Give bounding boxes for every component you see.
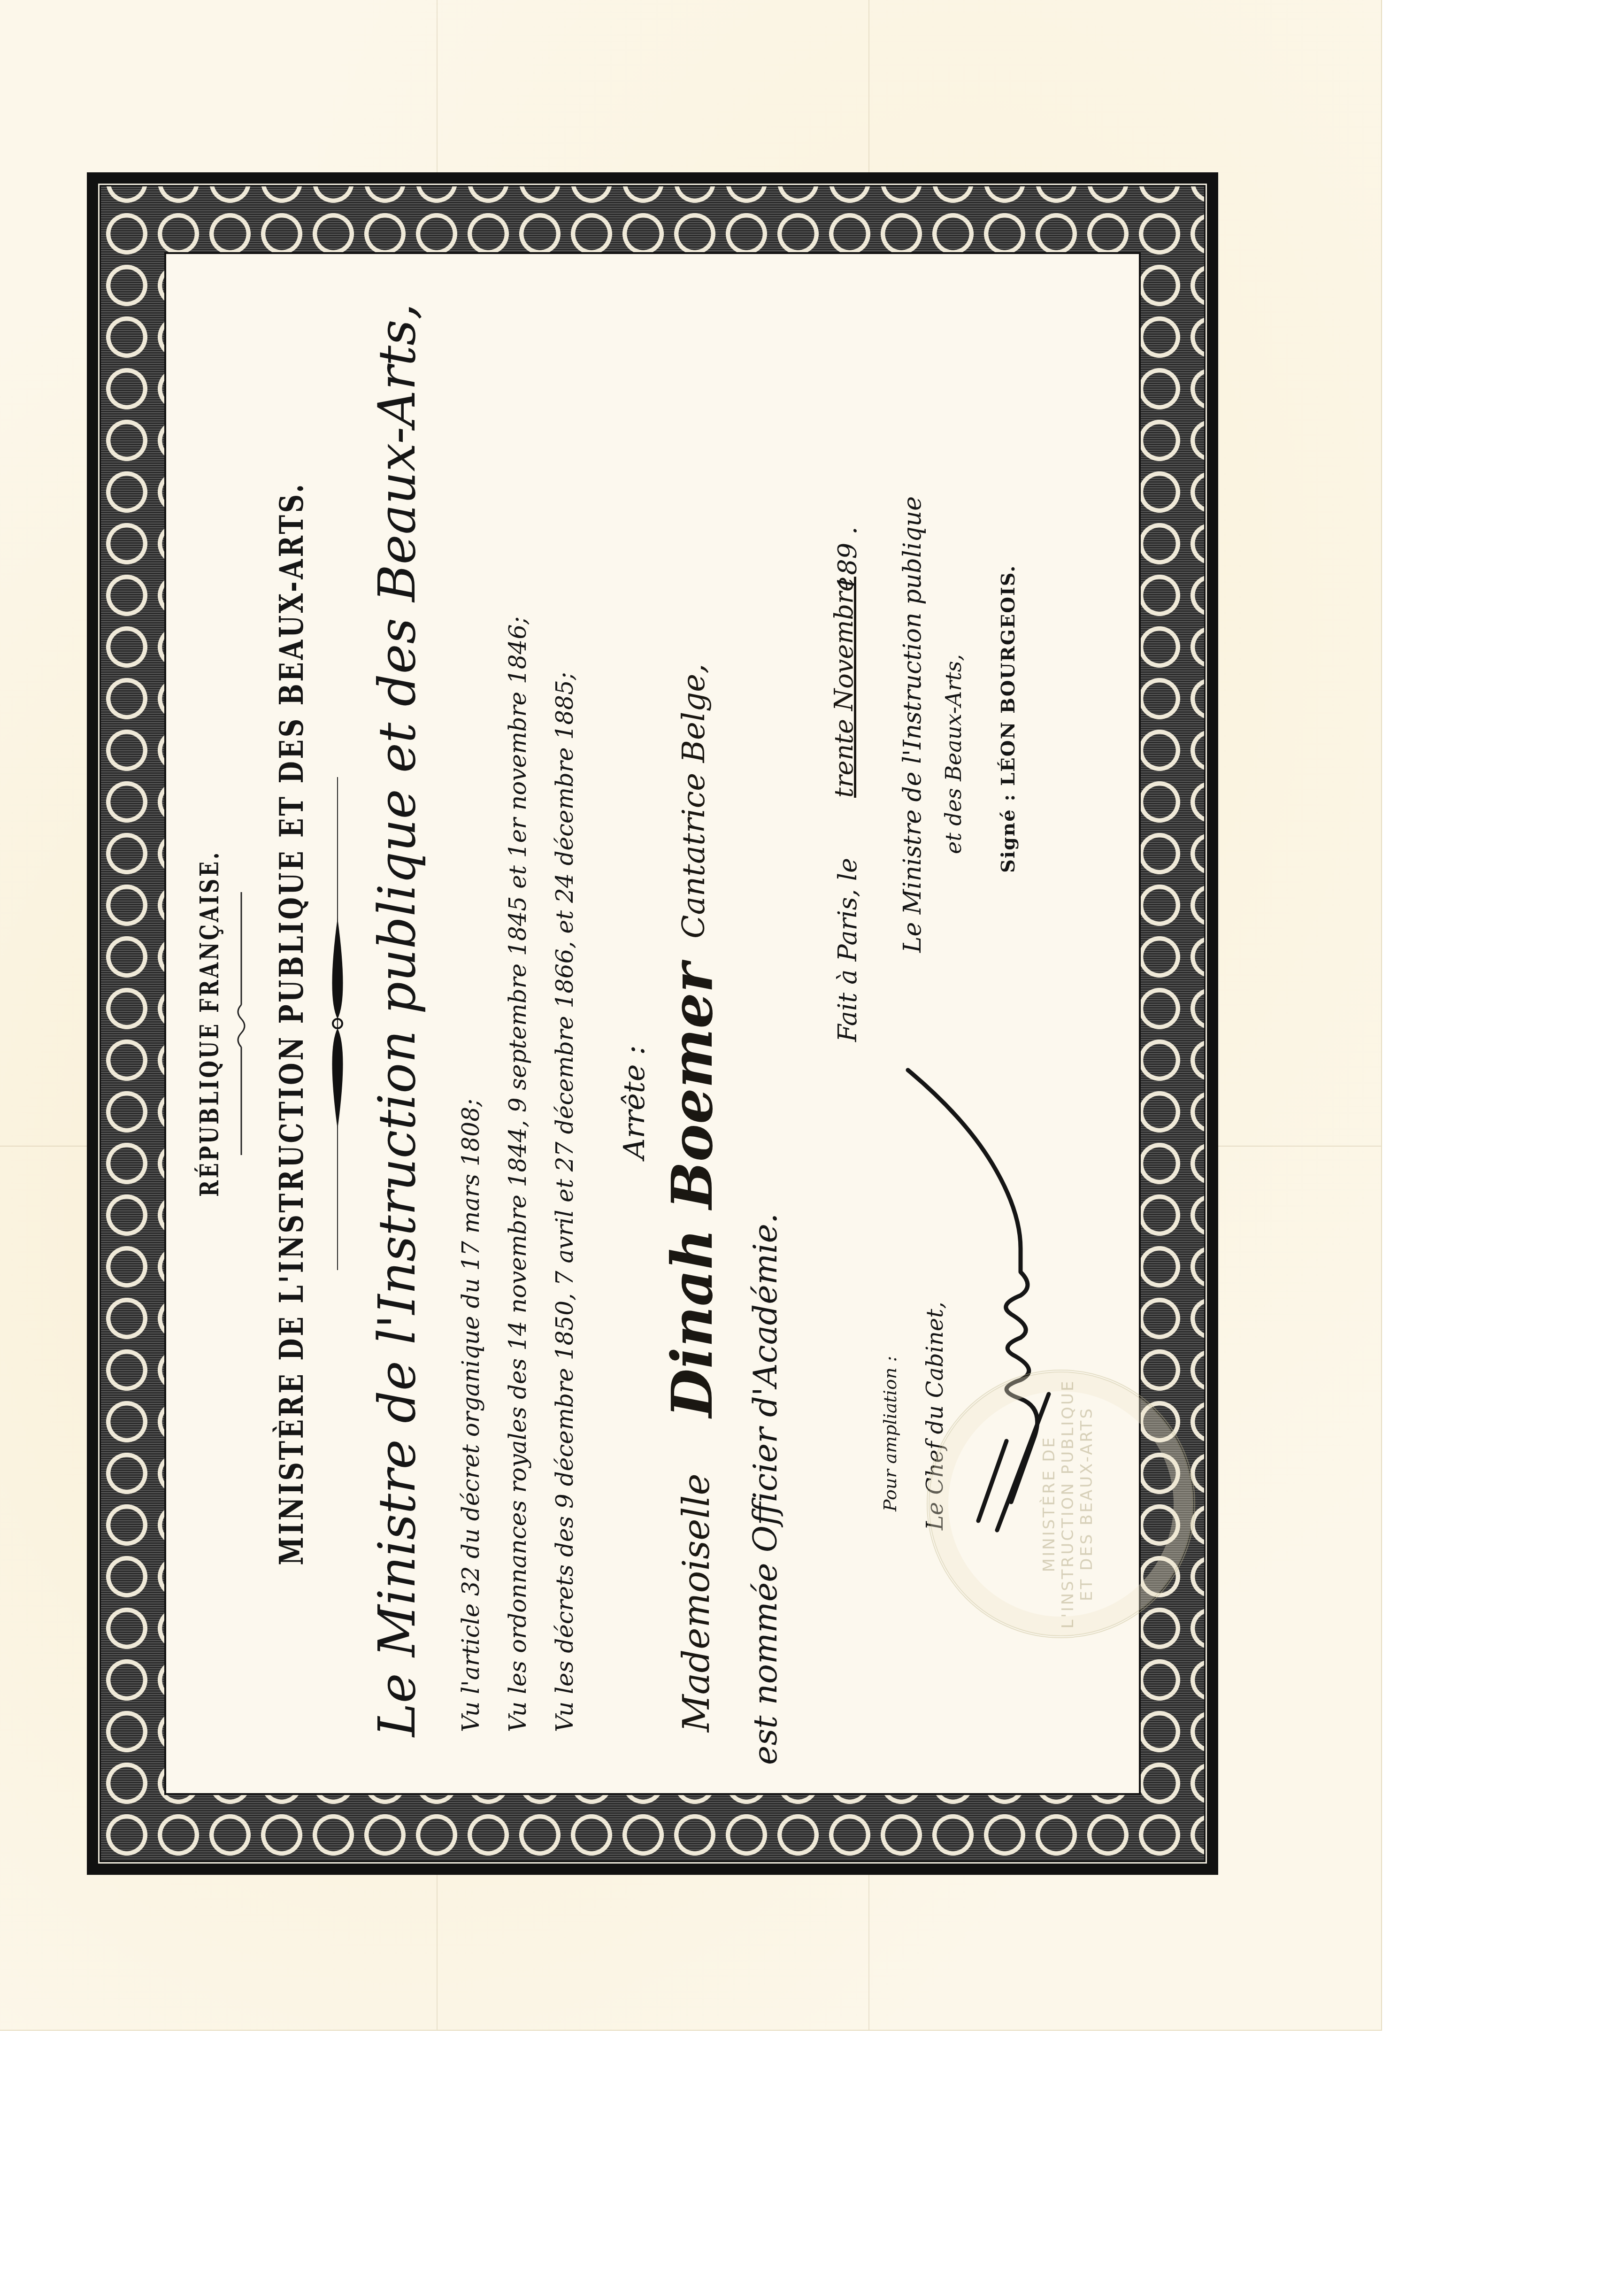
date-handwritten: trente Novembre bbox=[829, 577, 859, 798]
appointee-qualification: Cantatrice Belge, bbox=[676, 664, 712, 939]
ministry-heading: MINISTÈRE DE L'INSTRUCTION PUBLIQUE ET D… bbox=[272, 424, 311, 1624]
flourish-ornament-small bbox=[232, 892, 251, 1155]
minister-line-2: et des Beaux-Arts, bbox=[941, 654, 966, 854]
certificate: RÉPUBLIQUE FRANÇAISE. MINISTÈRE DE L'INS… bbox=[87, 172, 1218, 1875]
republic-heading: RÉPUBLIQUE FRANÇAISE. bbox=[194, 424, 224, 1624]
minister-line-1: Le Ministre de l'Instruction publique bbox=[899, 496, 927, 953]
decree-word: Arrête : bbox=[617, 1045, 651, 1159]
preamble-line: Le Ministre de l'Instruction publique et… bbox=[368, 303, 427, 1737]
certificate-body: RÉPUBLIQUE FRANÇAISE. MINISTÈRE DE L'INS… bbox=[164, 252, 1141, 1795]
seal-text: MINISTÈRE DE L'INSTRUCTION PUBLIQUE ET D… bbox=[1040, 1372, 1096, 1635]
consideration-2: Vu les ordonnances royales des 14 novemb… bbox=[504, 616, 531, 1732]
date-prefix: Fait à Paris, le bbox=[833, 858, 862, 1042]
minister-signed: Signé : LÉON BOURGEOIS. bbox=[997, 565, 1019, 873]
appointee-name: Dinah Boemer bbox=[659, 963, 725, 1418]
appointment-line: est nommée Officier d'Académie. bbox=[746, 1213, 784, 1765]
embossed-seal: MINISTÈRE DE L'INSTRUCTION PUBLIQUE ET D… bbox=[927, 1370, 1195, 1638]
consideration-1: Vu l'article 32 du décret organique du 1… bbox=[457, 1099, 484, 1732]
consideration-3: Vu les décrets des 9 décembre 1850, 7 av… bbox=[551, 672, 578, 1732]
appointee-title: Mademoiselle bbox=[676, 1473, 718, 1732]
spindle-ornament bbox=[326, 777, 349, 1270]
date-year: 189 . bbox=[833, 527, 862, 591]
